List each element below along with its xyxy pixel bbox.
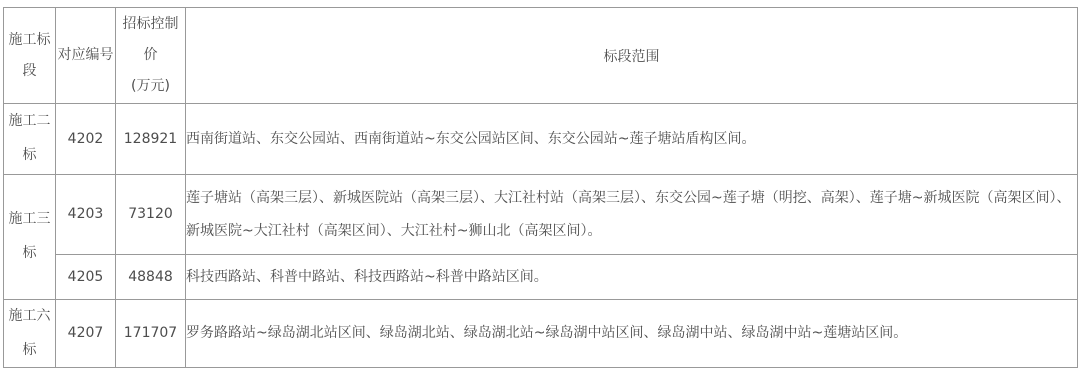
header-price: 招标控制价(万元) bbox=[116, 8, 186, 104]
price-cell: 73120 bbox=[116, 175, 186, 255]
header-price-line2: (万元) bbox=[116, 71, 185, 102]
header-price-line1: 招标控制价 bbox=[123, 16, 179, 63]
header-section: 施工标段 bbox=[4, 8, 56, 104]
scope-cell: 科技西路站、科普中路站、科技西路站~科普中路站区间。 bbox=[186, 255, 1078, 300]
section-label-cell: 施工二标 bbox=[4, 104, 56, 175]
section-label-cell: 施工六标 bbox=[4, 300, 56, 368]
price-cell: 128921 bbox=[116, 104, 186, 175]
bid-sections-table: 施工标段 对应编号 招标控制价(万元) 标段范围 施工二标 4202 12892… bbox=[3, 7, 1078, 368]
table-row: 施工六标 4207 171707 罗务路路站~绿岛湖北站区间、绿岛湖北站、绿岛湖… bbox=[4, 300, 1078, 368]
code-cell: 4205 bbox=[56, 255, 116, 300]
section-label-cell: 施工三标 bbox=[4, 175, 56, 300]
price-cell: 171707 bbox=[116, 300, 186, 368]
page-background: 施工标段 对应编号 招标控制价(万元) 标段范围 施工二标 4202 12892… bbox=[0, 0, 1080, 383]
scope-cell: 莲子塘站（高架三层）、新城医院站（高架三层）、大江社村站（高架三层）、东交公园~… bbox=[186, 175, 1078, 255]
code-cell: 4207 bbox=[56, 300, 116, 368]
table-row: 施工二标 4202 128921 西南街道站、东交公园站、西南街道站~东交公园站… bbox=[4, 104, 1078, 175]
code-cell: 4202 bbox=[56, 104, 116, 175]
header-scope: 标段范围 bbox=[186, 8, 1078, 104]
scope-cell: 西南街道站、东交公园站、西南街道站~东交公园站区间、东交公园站~莲子塘站盾构区间… bbox=[186, 104, 1078, 175]
scope-cell: 罗务路路站~绿岛湖北站区间、绿岛湖北站、绿岛湖北站~绿岛湖中站区间、绿岛湖中站、… bbox=[186, 300, 1078, 368]
table-row: 施工三标 4203 73120 莲子塘站（高架三层）、新城医院站（高架三层）、大… bbox=[4, 175, 1078, 255]
code-cell: 4203 bbox=[56, 175, 116, 255]
table-row: 4205 48848 科技西路站、科普中路站、科技西路站~科普中路站区间。 bbox=[4, 255, 1078, 300]
table-header-row: 施工标段 对应编号 招标控制价(万元) 标段范围 bbox=[4, 8, 1078, 104]
header-code: 对应编号 bbox=[56, 8, 116, 104]
price-cell: 48848 bbox=[116, 255, 186, 300]
